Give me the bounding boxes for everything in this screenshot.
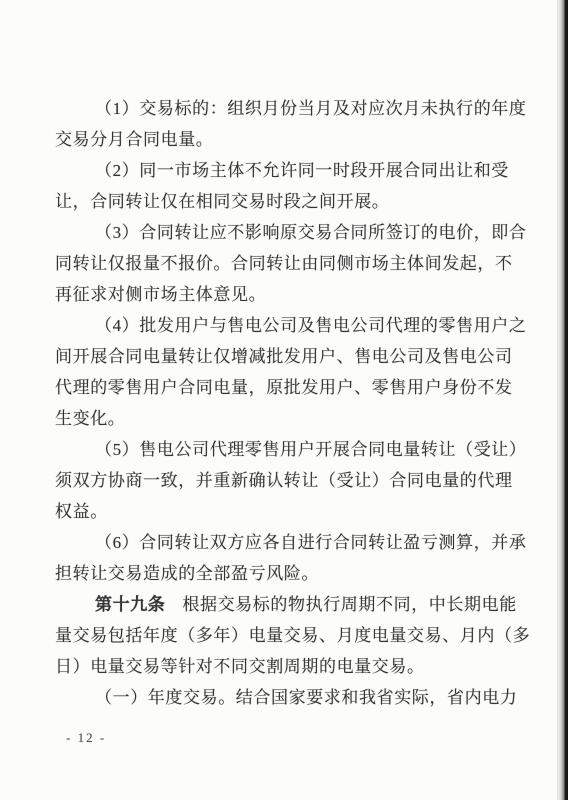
text-line: 量交易包括年度（多年）电量交易、月度电量交易、月内（多: [55, 620, 517, 651]
scanned-document-page: （1）交易标的：组织月份当月及对应次月未执行的年度 交易分月合同电量。 （2）同…: [0, 0, 568, 800]
text-line: （3）合同转让应不影响原交易合同所签订的电价，即合: [55, 217, 517, 248]
text-line: 生变化。: [55, 403, 517, 434]
text-line: （1）交易标的：组织月份当月及对应次月未执行的年度: [55, 93, 517, 124]
text-line: 权益。: [55, 496, 517, 527]
text-line: （一）年度交易。结合国家要求和我省实际，省内电力: [55, 682, 517, 713]
text-line: 交易分月合同电量。: [55, 124, 517, 155]
text-line: 须双方协商一致，并重新确认转让（受让）合同电量的代理: [55, 465, 517, 496]
article-text: 根据交易标的物执行周期不同，中长期电能: [182, 595, 516, 614]
text-line: 间开展合同电量转让仅增减批发用户、售电公司及售电公司: [55, 341, 517, 372]
text-line: （5）售电公司代理零售用户开展合同电量转让（受让）: [55, 434, 517, 465]
text-line: 代理的零售用户合同电量，原批发用户、零售用户身份不发: [55, 372, 517, 403]
page-number: - 12 -: [66, 730, 106, 746]
text-line: 日）电量交易等针对不同交割周期的电量交易。: [55, 651, 517, 682]
text-line: （4）批发用户与售电公司及售电公司代理的零售用户之: [55, 310, 517, 341]
document-body: （1）交易标的：组织月份当月及对应次月未执行的年度 交易分月合同电量。 （2）同…: [55, 93, 517, 713]
text-line: 同转让仅报量不报价。合同转让由同侧市场主体间发起，不: [55, 248, 517, 279]
text-line: （6）合同转让双方应各自进行合同转让盈亏测算，并承: [55, 527, 517, 558]
scan-edge-strip: [557, 0, 568, 800]
text-line: 担转让交易造成的全部盈亏风险。: [55, 558, 517, 589]
text-line: 再征求对侧市场主体意见。: [55, 279, 517, 310]
text-line: 让，合同转让仅在相同交易时段之间开展。: [55, 186, 517, 217]
article-heading-line: 第十九条根据交易标的物执行周期不同，中长期电能: [55, 589, 517, 620]
text-line: （2）同一市场主体不允许同一时段开展合同出让和受: [55, 155, 517, 186]
article-number: 第十九条: [95, 595, 165, 614]
